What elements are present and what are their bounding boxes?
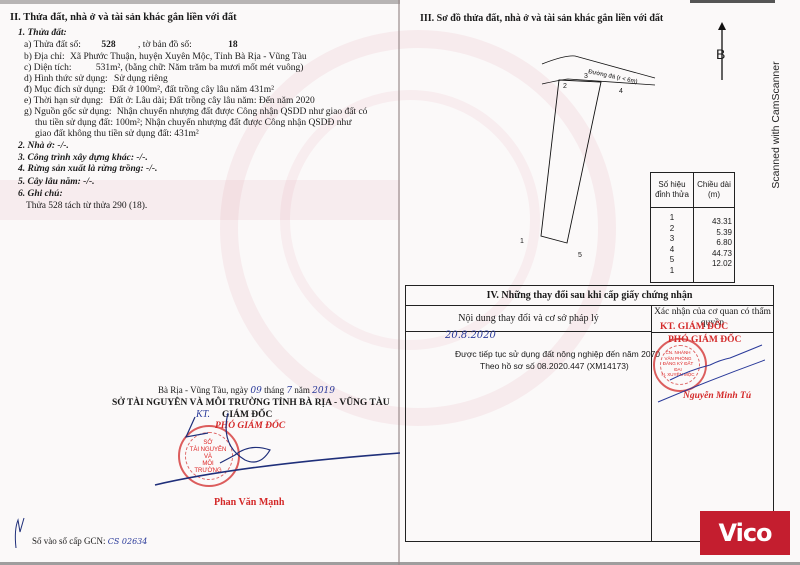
initial-mark	[12, 510, 28, 550]
place-date: Bà Rịa - Vũng Tàu, ngày 09 tháng 7 năm 2…	[158, 385, 335, 396]
vertex-cell: 3	[653, 234, 691, 245]
origin-value-3: giao đất không thu tiền sử dụng đất: 431…	[35, 129, 199, 139]
vertex-4: 4	[619, 88, 623, 95]
kt-director-title: KT. GIÁM ĐỐC	[660, 322, 728, 332]
vertex-cell: 5	[653, 255, 691, 266]
date-month: 7	[286, 386, 292, 396]
perennial-row: 5. Cây lâu năm: -/-.	[18, 177, 95, 187]
date-year: 2019	[312, 386, 335, 396]
address-row: b) Địa chỉ: Xã Phước Thuận, huyện Xuyên …	[24, 52, 307, 62]
north-arrow: B	[715, 20, 729, 85]
scanner-watermark: Scanned with CamScanner	[768, 45, 784, 205]
notes-heading: 6. Ghi chú:	[18, 189, 63, 199]
vertex-3: 3	[584, 73, 588, 80]
address-label: b) Địa chỉ:	[24, 52, 65, 62]
change-entry-line-1: Được tiếp tục sử dụng đất nông nghiệp đế…	[455, 349, 660, 359]
registry-row: Số vào sổ cấp GCN: CS 02634	[32, 536, 147, 546]
parcel-number-row: a) Thửa đất số: 528 , tờ bản đồ số: 18	[24, 40, 238, 50]
term-label: e) Thời hạn sử dụng:	[24, 96, 103, 106]
place-date-prefix: Bà Rịa - Vũng Tàu, ngày	[158, 385, 248, 395]
length-column-header: Chiều dài (m)	[694, 173, 735, 208]
change-entry-line-2: Theo hồ sơ số 08.2020.447 (XM14173)	[480, 361, 629, 371]
length-cell: 6.80	[696, 238, 732, 249]
vertex-cell: 1	[653, 266, 691, 277]
use-form-value: Sử dụng riêng	[114, 74, 168, 84]
change-entry-date: 20.8.2020	[445, 330, 496, 341]
origin-row: g) Nguồn gốc sử dụng: Nhận chuyển nhượng…	[24, 107, 367, 117]
signature	[150, 405, 400, 490]
purpose-row: đ) Mục đích sử dụng: Đất ở 100m², đất tr…	[24, 85, 274, 95]
parcel-number: 528	[101, 40, 115, 50]
term-row: e) Thời hạn sử dụng: Đất ở: Lâu dài; Đất…	[24, 96, 315, 106]
vertex-1: 1	[520, 238, 524, 245]
changes-content-header: Nội dung thay đổi và cơ sở pháp lý	[406, 306, 652, 332]
changes-title: IV. Những thay đổi sau khi cấp giấy chứn…	[406, 286, 773, 306]
registry-label: Số vào sổ cấp GCN:	[32, 536, 106, 546]
house-row: 2. Nhà ở: -/-.	[18, 141, 69, 151]
section-title: II. Thửa đất, nhà ở và tài sản khác gắn …	[10, 12, 237, 23]
origin-value-1: Nhận chuyển nhượng đất được Công nhận QS…	[117, 107, 368, 117]
registry-number: CS 02634	[108, 537, 148, 546]
parcel-number-label: a) Thửa đất số:	[24, 40, 81, 50]
brand-logo: Vico	[700, 511, 790, 555]
purpose-value: Đất ở 100m², đất trồng cây lâu năm 431m²	[112, 85, 274, 95]
vertex-cell: 4	[653, 245, 691, 256]
left-page: II. Thửa đất, nhà ở và tài sản khác gắn …	[0, 0, 400, 565]
brand-logo-text: Vico	[718, 519, 771, 547]
change-signer-name: Nguyễn Minh Tú	[683, 391, 751, 401]
map-sheet-label: , tờ bản đồ số:	[138, 40, 192, 50]
area-label: c) Diện tích:	[24, 63, 71, 73]
length-column: 43.31 5.39 6.80 44.73 12.02	[694, 208, 735, 283]
vertex-5: 5	[578, 252, 582, 259]
scanner-watermark-text: Scanned with CamScanner	[770, 61, 782, 188]
use-form-label: d) Hình thức sử dụng:	[24, 74, 108, 84]
date-day: 09	[250, 386, 261, 396]
vertex-cell: 1	[653, 213, 691, 224]
signer-name: Phan Văn Mạnh	[214, 497, 284, 508]
area-value: 531m², (bằng chữ: Năm trăm ba mươi mốt m…	[96, 63, 304, 73]
north-label: B	[716, 46, 725, 62]
origin-value-2: thu tiền sử dụng đất: 100m²; Nhận chuyển…	[35, 118, 351, 128]
length-cell: 43.31	[696, 217, 732, 228]
length-cell: 5.39	[696, 228, 732, 239]
forest-row: 4. Rừng sản xuất là rừng trồng: -/-.	[18, 164, 157, 174]
address-value: Xã Phước Thuận, huyện Xuyên Mộc, Tỉnh Bà…	[70, 52, 307, 62]
other-works-row: 3. Công trình xây dựng khác: -/-.	[18, 153, 148, 163]
vertex-cell: 2	[653, 224, 691, 235]
vertex-2: 2	[563, 83, 567, 90]
map-sheet-number: 18	[228, 40, 238, 50]
term-value: Đất ở: Lâu dài; Đất trồng cây lâu năm: Đ…	[110, 96, 315, 106]
purpose-label: đ) Mục đích sử dụng:	[24, 85, 106, 95]
vertex-column: 1 2 3 4 5 1	[651, 208, 694, 283]
year-label: năm	[294, 385, 310, 395]
origin-label: g) Nguồn gốc sử dụng:	[24, 107, 111, 117]
vertex-column-header: Số hiệu đỉnh thửa	[651, 173, 694, 208]
notes-value: Thửa 528 tách từ thửa 290 (18).	[26, 201, 147, 211]
use-form-row: d) Hình thức sử dụng: Sử dụng riêng	[24, 74, 168, 84]
edge-length-table: Số hiệu đỉnh thửa Chiều dài (m) 1 2 3 4 …	[650, 172, 735, 283]
length-cell: 44.73	[696, 249, 732, 260]
diagram-section-title: III. Sơ đồ thửa đất, nhà ở và tài sản kh…	[420, 13, 663, 24]
land-heading: 1. Thửa đất:	[18, 28, 67, 38]
area-row: c) Diện tích: 531m², (bằng chữ: Năm trăm…	[24, 63, 303, 73]
month-label: tháng	[264, 385, 284, 395]
length-cell: 12.02	[696, 259, 732, 270]
scan-edge	[690, 0, 775, 3]
